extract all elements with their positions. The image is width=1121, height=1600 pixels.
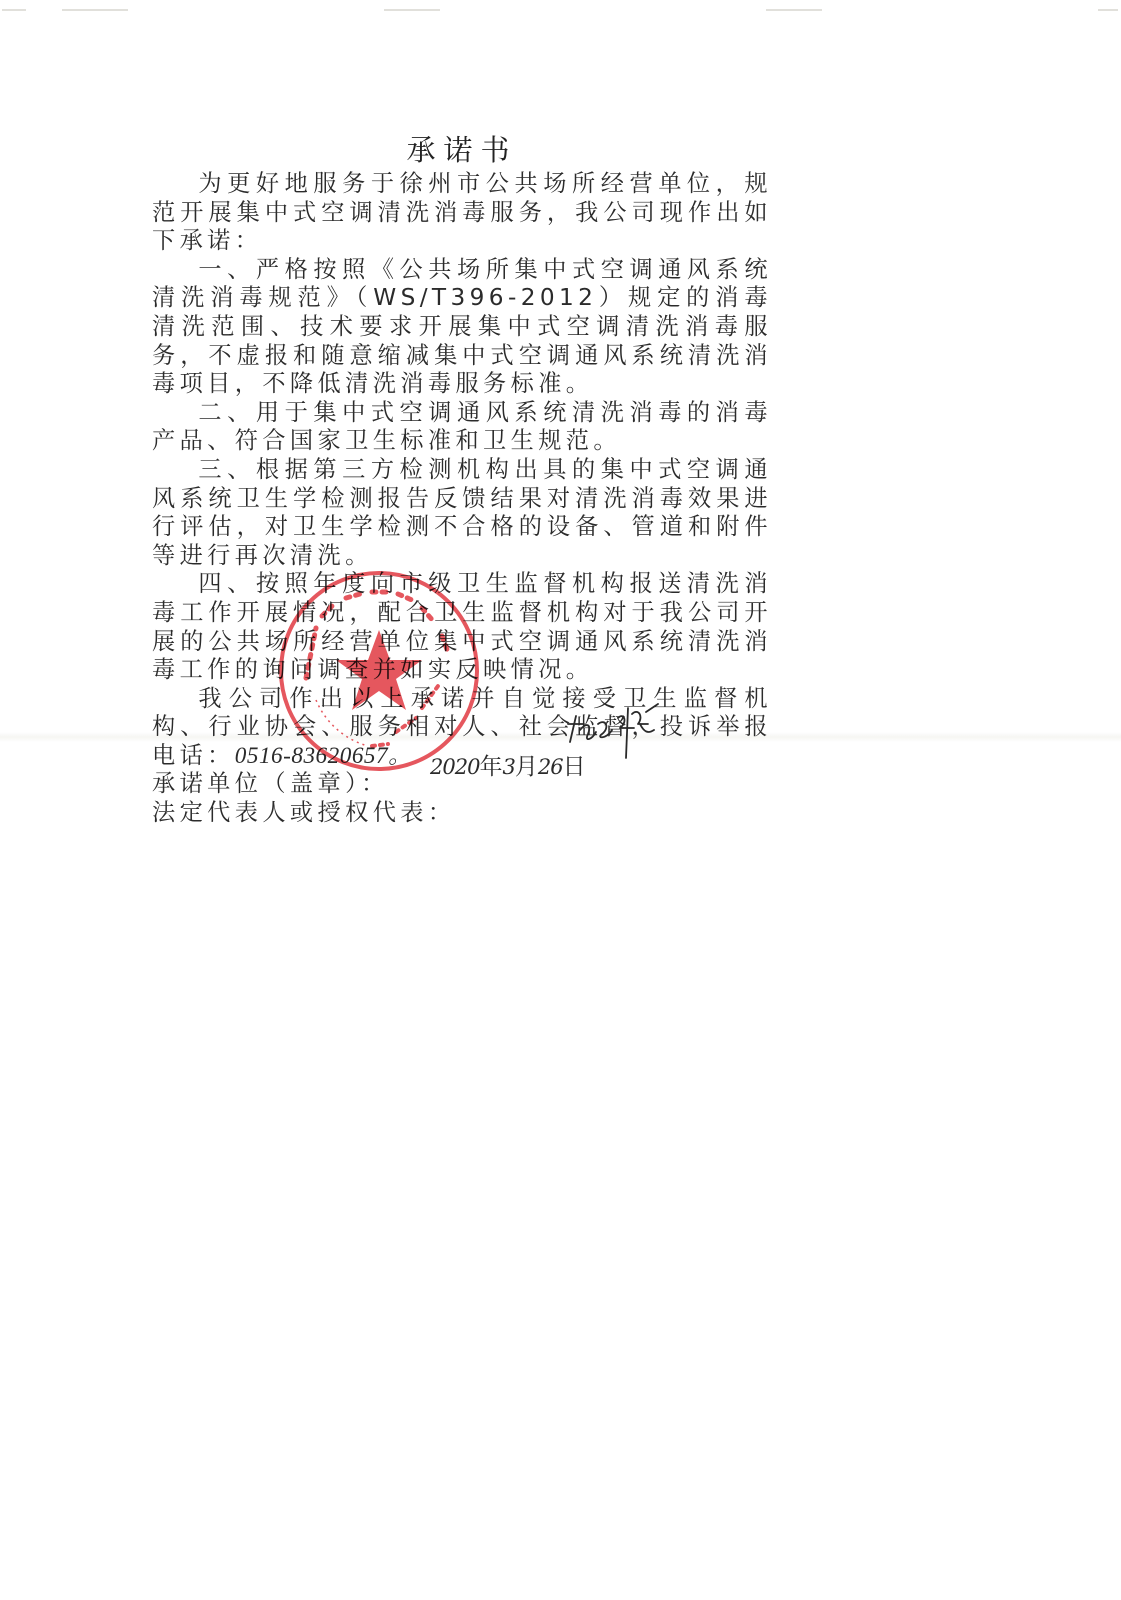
date-year-suffix: 年 [479, 754, 502, 780]
scan-edge-artifact [384, 9, 440, 11]
representative-label: 法定代表人或授权代表： [152, 799, 772, 828]
date-day: 26 [538, 755, 563, 779]
handwritten-signature [562, 694, 672, 764]
scan-edge-artifact [766, 9, 822, 11]
paragraph-commitment-1: 一、严格按照《公共场所集中式空调通风系统清洗消毒规范》（WS/T396-2012… [152, 256, 772, 399]
star-icon [336, 630, 422, 710]
paragraph-intro: 为更好地服务于徐州市公共场所经营单位，规范开展集中式空调清洗消毒服务，我公司现作… [152, 170, 772, 256]
scan-edge-artifact [62, 9, 128, 11]
date-month-suffix: 月 [515, 754, 538, 780]
scan-edge-artifact [2, 9, 26, 11]
paragraph-commitment-3: 三、根据第三方检测机构出具的集中式空调通风系统卫生学检测报告反馈结果对清洗消毒效… [152, 456, 772, 570]
date-month: 3 [502, 755, 514, 779]
document-title: 承诺书 [152, 132, 772, 168]
paragraph-commitment-2: 二、用于集中式空调通风系统清洗消毒的消毒产品、符合国家卫生标准和卫生规范。 [152, 399, 772, 456]
company-seal-stamp [276, 568, 482, 774]
scan-edge-artifact [1098, 9, 1118, 11]
